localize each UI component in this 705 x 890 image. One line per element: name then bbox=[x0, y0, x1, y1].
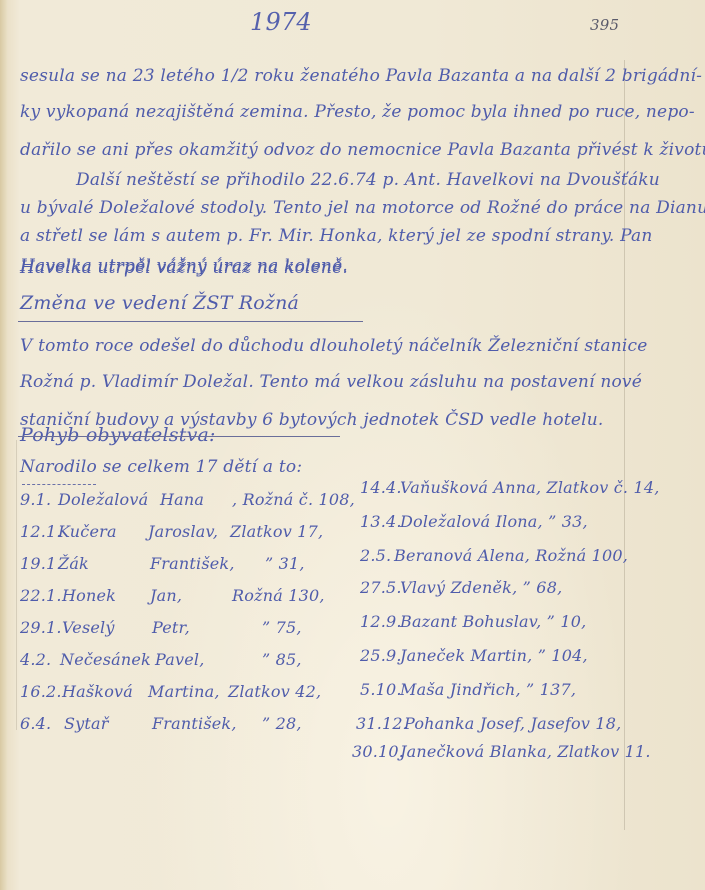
birth-surname: Sytař bbox=[64, 714, 109, 733]
births-intro: Narodilo se celkem 17 dětí a to: bbox=[20, 457, 302, 477]
birth-entry: Vaňušková Anna, Zlatkov č. 14, bbox=[400, 478, 660, 497]
birth-date: 5.10. bbox=[360, 680, 402, 699]
birth-surname: Kučera bbox=[58, 522, 117, 541]
birth-date: 27.5. bbox=[360, 578, 402, 597]
birth-date: 2.5. bbox=[360, 546, 391, 565]
birth-date: 13.4. bbox=[360, 512, 402, 531]
birth-entry: Janeček Martin, ” 104, bbox=[400, 646, 588, 665]
birth-entry: Vlavý Zdeněk, ” 68, bbox=[400, 578, 562, 597]
birth-name: František, bbox=[150, 554, 235, 573]
heading-underline bbox=[18, 436, 340, 437]
text-line: Havelka utrpěl vážný úraz na koleně. bbox=[20, 256, 348, 276]
birth-entry: Maša Jindřich, ” 137, bbox=[400, 680, 576, 699]
birth-place: Zlatkov 17, bbox=[230, 522, 323, 541]
birth-surname: Honek bbox=[62, 586, 116, 605]
birth-entry: Janečková Blanka, Zlatkov 11. bbox=[400, 742, 651, 761]
text-line: Rožná p. Vladimír Doležal. Tento má velk… bbox=[20, 372, 642, 392]
birth-surname: Veselý bbox=[62, 618, 115, 637]
birth-date: 6.4. bbox=[20, 714, 51, 733]
birth-name: Hana bbox=[160, 490, 204, 509]
birth-date: 22.1. bbox=[20, 586, 62, 605]
birth-surname: Nečesánek bbox=[60, 650, 151, 669]
birth-place: ” 28, bbox=[262, 714, 302, 733]
text-line: sesula se na 23 letého 1/2 roku ženatého… bbox=[20, 66, 702, 86]
birth-date: 4.2. bbox=[20, 650, 51, 669]
birth-entry: Pohanka Josef, Jasefov 18, bbox=[404, 714, 621, 733]
text-line: a střetl se lám s autem p. Fr. Mir. Honk… bbox=[20, 226, 653, 246]
birth-place: ” 31, bbox=[265, 554, 305, 573]
birth-entry: Beranová Alena, Rožná 100, bbox=[394, 546, 628, 565]
birth-date: 30.10. bbox=[352, 742, 404, 761]
birth-name: Jaroslav, bbox=[148, 522, 218, 541]
section-heading-population: Pohyb obyvatelstva: bbox=[20, 424, 216, 446]
heading-underline bbox=[18, 321, 363, 322]
birth-date: 31.12. bbox=[356, 714, 408, 733]
birth-surname: Žák bbox=[58, 554, 89, 573]
text-line: dařilo se ani přes okamžitý odvoz do nem… bbox=[20, 140, 705, 160]
birth-surname: Doležalová bbox=[58, 490, 148, 509]
text-line: u bývalé Doležalové stodoly. Tento jel n… bbox=[20, 198, 705, 218]
birth-name: František, bbox=[152, 714, 237, 733]
birth-date: 29.1. bbox=[20, 618, 62, 637]
birth-place: Rožná 130, bbox=[232, 586, 325, 605]
year-heading: 1974 bbox=[250, 8, 312, 36]
section-heading-station-change: Změna ve vedení ŽST Rožná bbox=[20, 292, 299, 314]
left-margin-line bbox=[16, 440, 17, 730]
birth-name: Jan, bbox=[150, 586, 182, 605]
birth-date: 12.9. bbox=[360, 612, 402, 631]
page-number: 395 bbox=[590, 16, 619, 34]
text-line: ky vykopaná nezajištěná zemina. Přesto, … bbox=[20, 102, 695, 122]
birth-place: Zlatkov 42, bbox=[228, 682, 321, 701]
birth-place: ” 85, bbox=[262, 650, 302, 669]
birth-name: Martina, bbox=[148, 682, 220, 701]
birth-entry: Doležalová Ilona, ” 33, bbox=[400, 512, 588, 531]
birth-date: 19.1. bbox=[20, 554, 62, 573]
dashed-underline bbox=[22, 484, 96, 485]
birth-date: 14.4. bbox=[360, 478, 402, 497]
birth-date: 9.1. bbox=[20, 490, 51, 509]
ledger-page: 1974 395 sesula se na 23 letého 1/2 roku… bbox=[0, 0, 705, 890]
birth-date: 16.2. bbox=[20, 682, 62, 701]
birth-entry: Bazant Bohuslav, ” 10, bbox=[400, 612, 586, 631]
birth-name: Petr, bbox=[152, 618, 190, 637]
birth-date: 12.1. bbox=[20, 522, 62, 541]
birth-date: 25.9. bbox=[360, 646, 402, 665]
birth-place: , Rožná č. 108, bbox=[232, 490, 355, 509]
birth-surname: Hašková bbox=[62, 682, 133, 701]
text-line: Další neštěstí se přihodilo 22.6.74 p. A… bbox=[76, 170, 660, 190]
birth-name: Pavel, bbox=[155, 650, 205, 669]
text-line: V tomto roce odešel do důchodu dlouholet… bbox=[20, 336, 647, 356]
page-binding-edge bbox=[0, 0, 7, 890]
birth-place: ” 75, bbox=[262, 618, 302, 637]
